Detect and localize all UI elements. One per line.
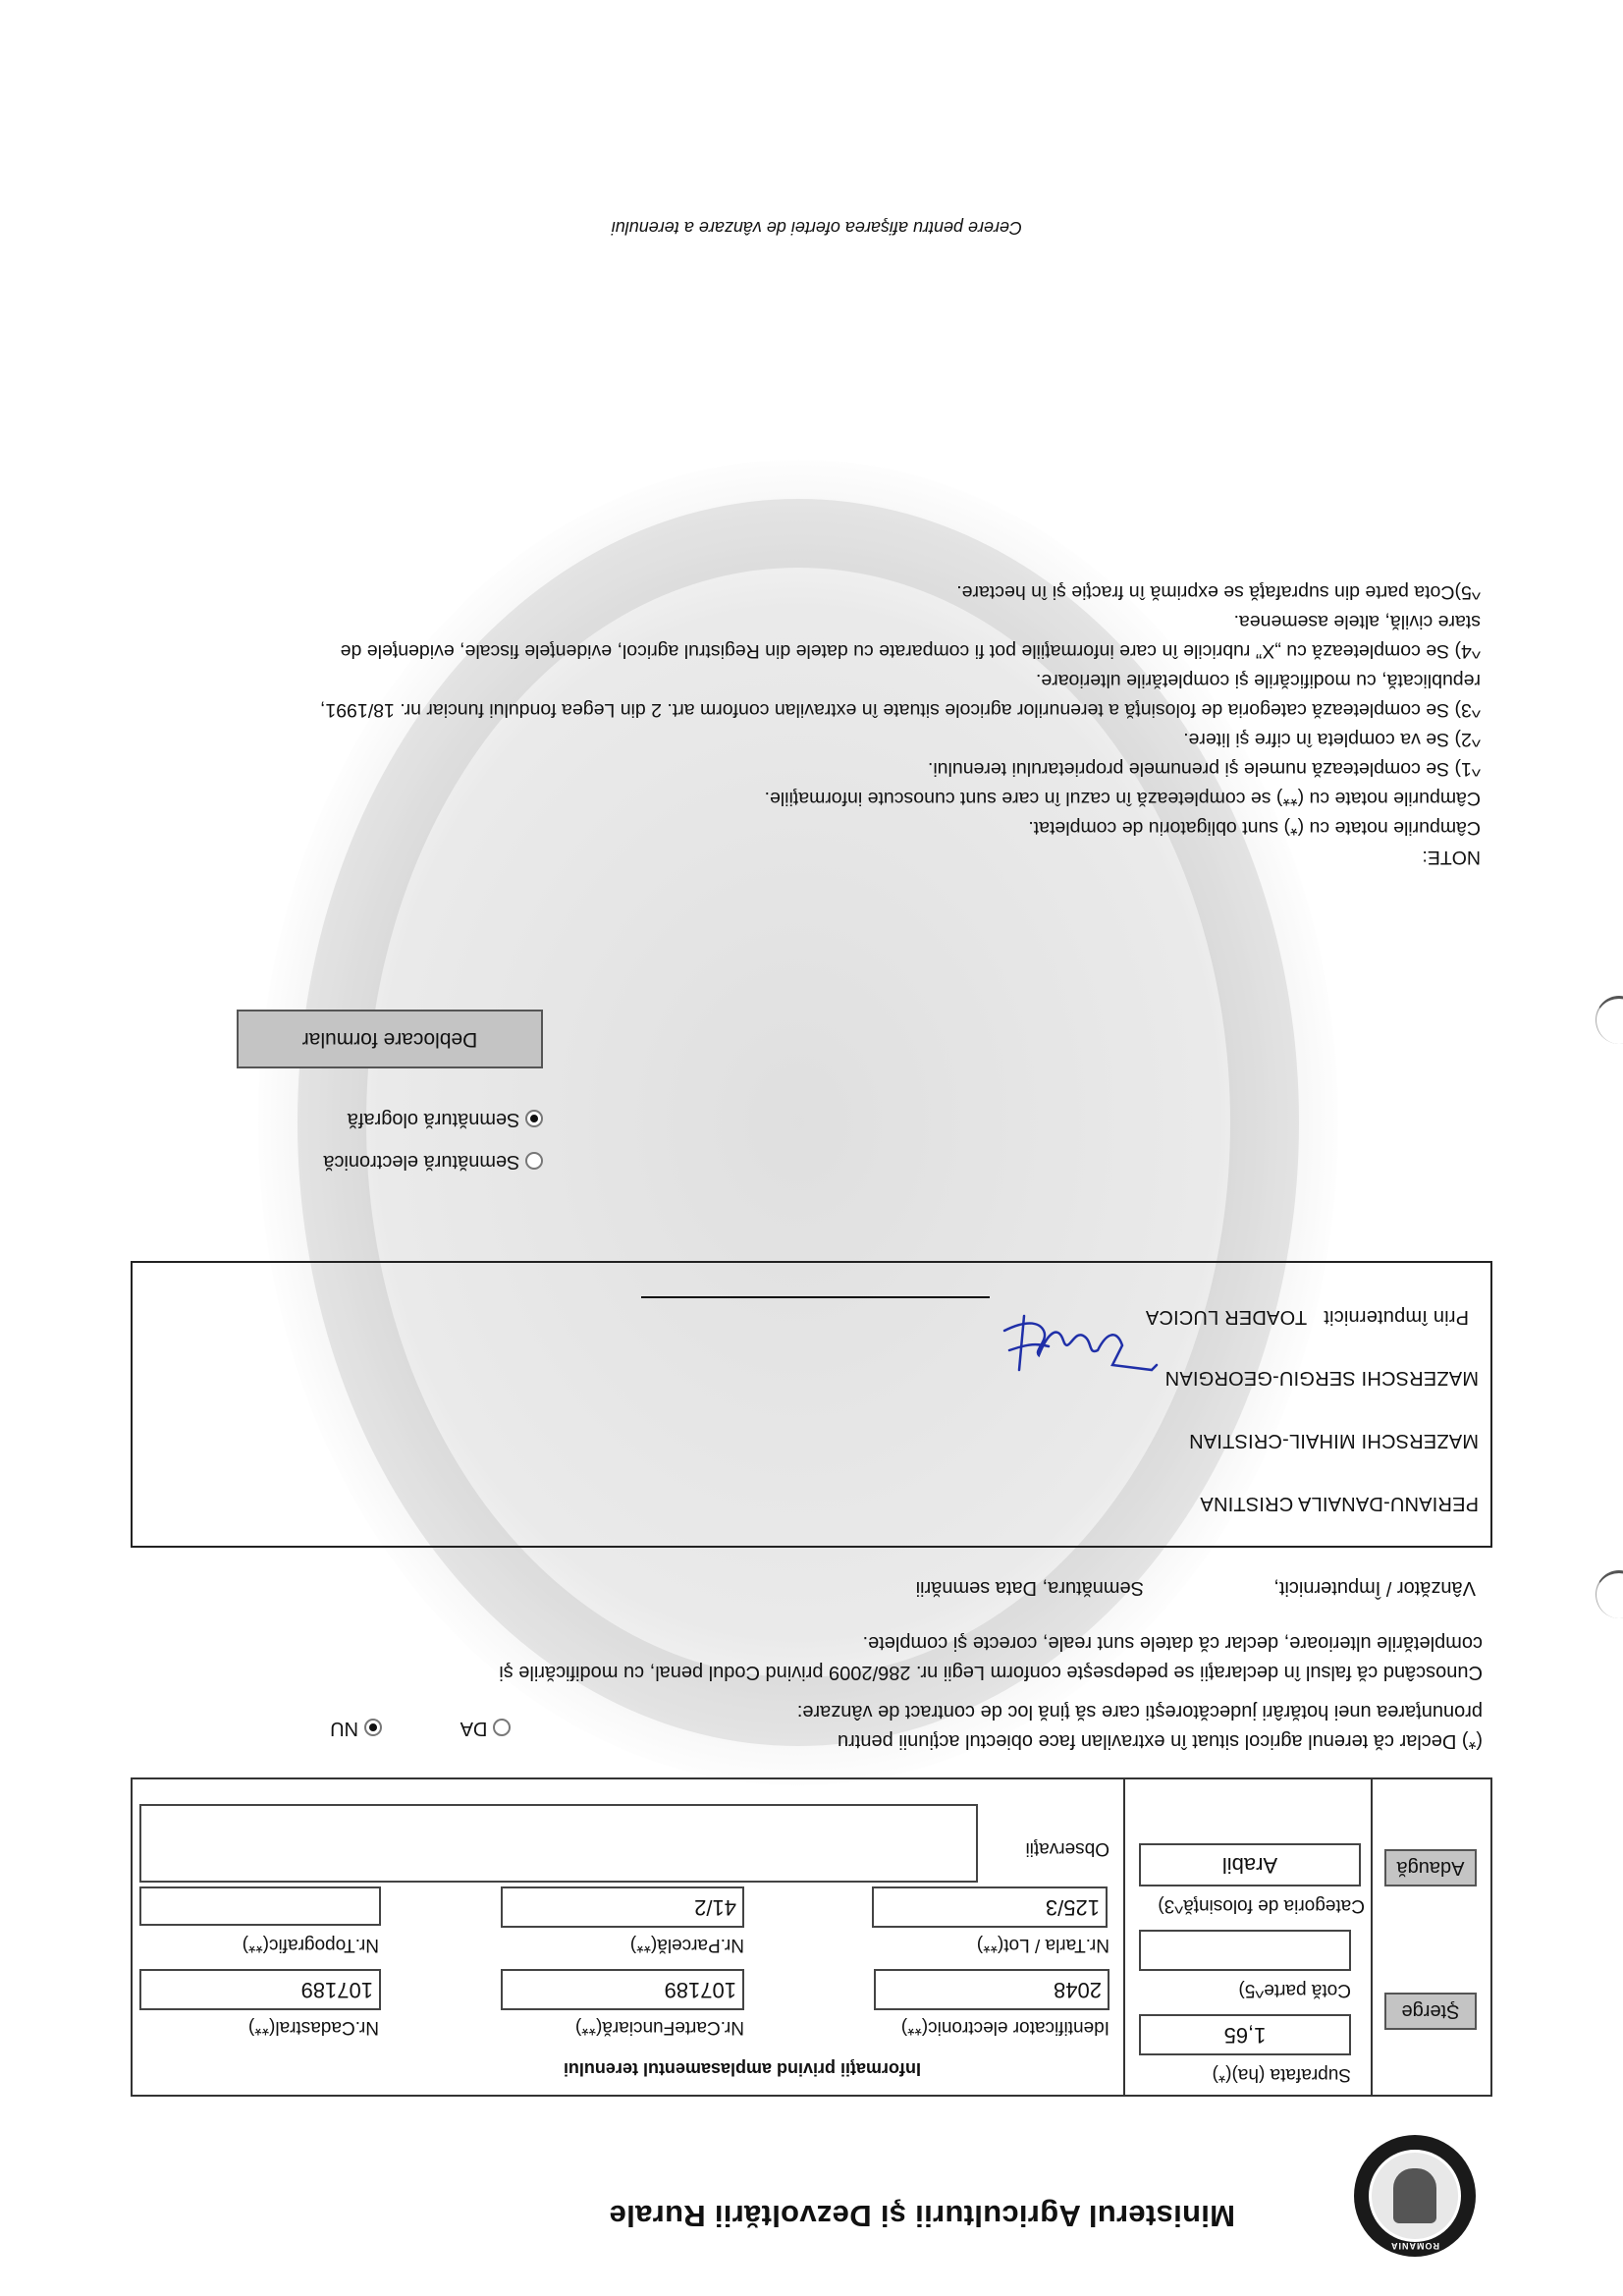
- signatory-name: MAZERSCHI MIHAIL-CRISTIAN: [1189, 1429, 1479, 1451]
- unlock-form-button[interactable]: Deblocare formular: [237, 1010, 543, 1068]
- signatory-name: PERIANU-DANAILA CRISTINA: [1200, 1492, 1479, 1514]
- identificator-field[interactable]: 2048: [874, 1969, 1109, 2010]
- cota-parte-label: Cotă parte^5): [1238, 1979, 1351, 2000]
- signature-type-handwritten[interactable]: Semnătură olografă: [348, 1105, 543, 1134]
- declaration-text: (*) Declar că terenul agricol situat în …: [501, 1697, 1483, 1756]
- declaration-options: DA NU: [330, 1714, 511, 1743]
- handwritten-label: Semnătură olografă: [348, 1109, 520, 1130]
- declaration-line-1: (*) Declar că terenul agricol situat în …: [501, 1726, 1483, 1756]
- logo-text: ROMANIA: [1390, 2241, 1439, 2251]
- tarla-lot-field[interactable]: 125/3: [872, 1886, 1108, 1928]
- note-line: ^5)Cota parte din suprafaţă se exprimă î…: [116, 577, 1481, 607]
- ministry-seal-icon: ROMANIA: [1354, 2135, 1476, 2257]
- notes-heading: NOTE:: [116, 843, 1481, 872]
- note-line: ^1) Se completează numele şi prenumele p…: [116, 754, 1481, 784]
- suprafata-field[interactable]: 1,65: [1139, 2014, 1351, 2055]
- identificator-label: Identificator electronic(**): [901, 2016, 1109, 2038]
- proxy-line: Prin împuternicit TOADER LUCICA: [1146, 1305, 1469, 1328]
- note-line: republicată, cu modificările şi completă…: [116, 666, 1481, 695]
- carte-funciara-label: Nr.CarteFunciară(**): [575, 2016, 744, 2038]
- penal-statement: Cunoscând că falsul în declaraţii se ped…: [108, 1628, 1483, 1687]
- topografic-field[interactable]: [139, 1886, 381, 1926]
- seller-label: Vânzător / Împuternicit,: [1273, 1573, 1476, 1603]
- declaration-line-2: pronunţarea unei hotărâri judecătoreşti …: [501, 1697, 1483, 1726]
- signature-line: [641, 1296, 990, 1298]
- radio-handwritten[interactable]: [525, 1110, 543, 1127]
- row-actions-column: Şterge Adaugă: [1371, 1779, 1490, 2095]
- coat-of-arms-icon: [1393, 2168, 1436, 2223]
- punch-hole-mark: [1596, 996, 1623, 1044]
- scanned-form-page: ROMANIA Ministerul Agriculturii şi Dezvo…: [0, 0, 1623, 2296]
- proxy-prefix: Prin împuternicit: [1324, 1306, 1469, 1328]
- area-column: Suprafata (ha)(*) 1,65 Cotă parte^5) Cat…: [1123, 1779, 1373, 2095]
- page-title: Ministerul Agriculturii şi Dezvoltării R…: [609, 2198, 1235, 2233]
- footer-caption: Cerere pentru afişarea ofertei de vânzar…: [612, 217, 1022, 238]
- cota-parte-field[interactable]: [1139, 1930, 1351, 1971]
- categoria-label: Categoria de folosinţă^3): [1158, 1894, 1365, 1916]
- punch-hole-mark: [1596, 1570, 1623, 1618]
- categoria-field[interactable]: Arabil: [1139, 1843, 1361, 1886]
- note-line: stare civilă, altele asemenea.: [116, 607, 1481, 636]
- radio-da[interactable]: [493, 1719, 511, 1736]
- note-line: Câmpurile notate cu (**) se completează …: [116, 784, 1481, 813]
- radio-da-label: DA: [461, 1718, 488, 1739]
- penal-line-1: Cunoscând că falsul în declaraţii se ped…: [108, 1658, 1483, 1687]
- signatory-name: MAZERSCHI SERGIU-GEORGIAN: [1165, 1366, 1479, 1389]
- notes-section: NOTE: Câmpurile notate cu (*) sunt oblig…: [116, 577, 1481, 872]
- section-title: Informaţii privind amplasamentul terenul…: [564, 2058, 921, 2079]
- observatii-label: Observaţii: [1025, 1837, 1109, 1859]
- carte-funciara-field[interactable]: 107189: [501, 1969, 744, 2010]
- electronic-label: Semnătură electronică: [323, 1151, 519, 1173]
- tarla-lot-label: Nr.Tarla / Lot(**): [977, 1934, 1109, 1955]
- radio-nu-label: NU: [330, 1718, 358, 1739]
- note-line: ^4) Se completează cu „X” rubricile în c…: [116, 636, 1481, 666]
- signature-type-electronic[interactable]: Semnătură electronică: [323, 1147, 543, 1176]
- land-location-form: Şterge Adaugă Suprafata (ha)(*) 1,65 Cot…: [131, 1777, 1492, 2097]
- topografic-label: Nr.Topografic(**): [243, 1934, 379, 1955]
- observatii-field[interactable]: [139, 1804, 978, 1883]
- radio-nu[interactable]: [364, 1719, 382, 1736]
- delete-button[interactable]: Şterge: [1384, 1993, 1477, 2030]
- add-button[interactable]: Adaugă: [1384, 1849, 1477, 1886]
- penal-line-2: completările ulterioare, declar că datel…: [108, 1628, 1483, 1658]
- signatories-box: PERIANU-DANAILA CRISTINA MAZERSCHI MIHAI…: [131, 1261, 1492, 1548]
- note-line: Câmpurile notate cu (*) sunt obligatoriu…: [116, 813, 1481, 843]
- parcela-label: Nr.Parcelă(**): [630, 1934, 744, 1955]
- cadastral-label: Nr.Cadastral(**): [248, 2016, 379, 2038]
- suprafata-label: Suprafata (ha)(*): [1212, 2063, 1351, 2085]
- radio-electronic[interactable]: [525, 1152, 543, 1170]
- note-line: ^2) Se va completa în cifre şi litere.: [116, 725, 1481, 754]
- signature-date-label: Semnătura, Data semnării: [916, 1573, 1144, 1603]
- note-line: ^3) Se completează categoria de folosinţ…: [116, 695, 1481, 725]
- cadastral-field[interactable]: 107189: [139, 1969, 381, 2010]
- handwritten-signature: [995, 1310, 1171, 1384]
- parcela-field[interactable]: 41/2: [501, 1886, 744, 1928]
